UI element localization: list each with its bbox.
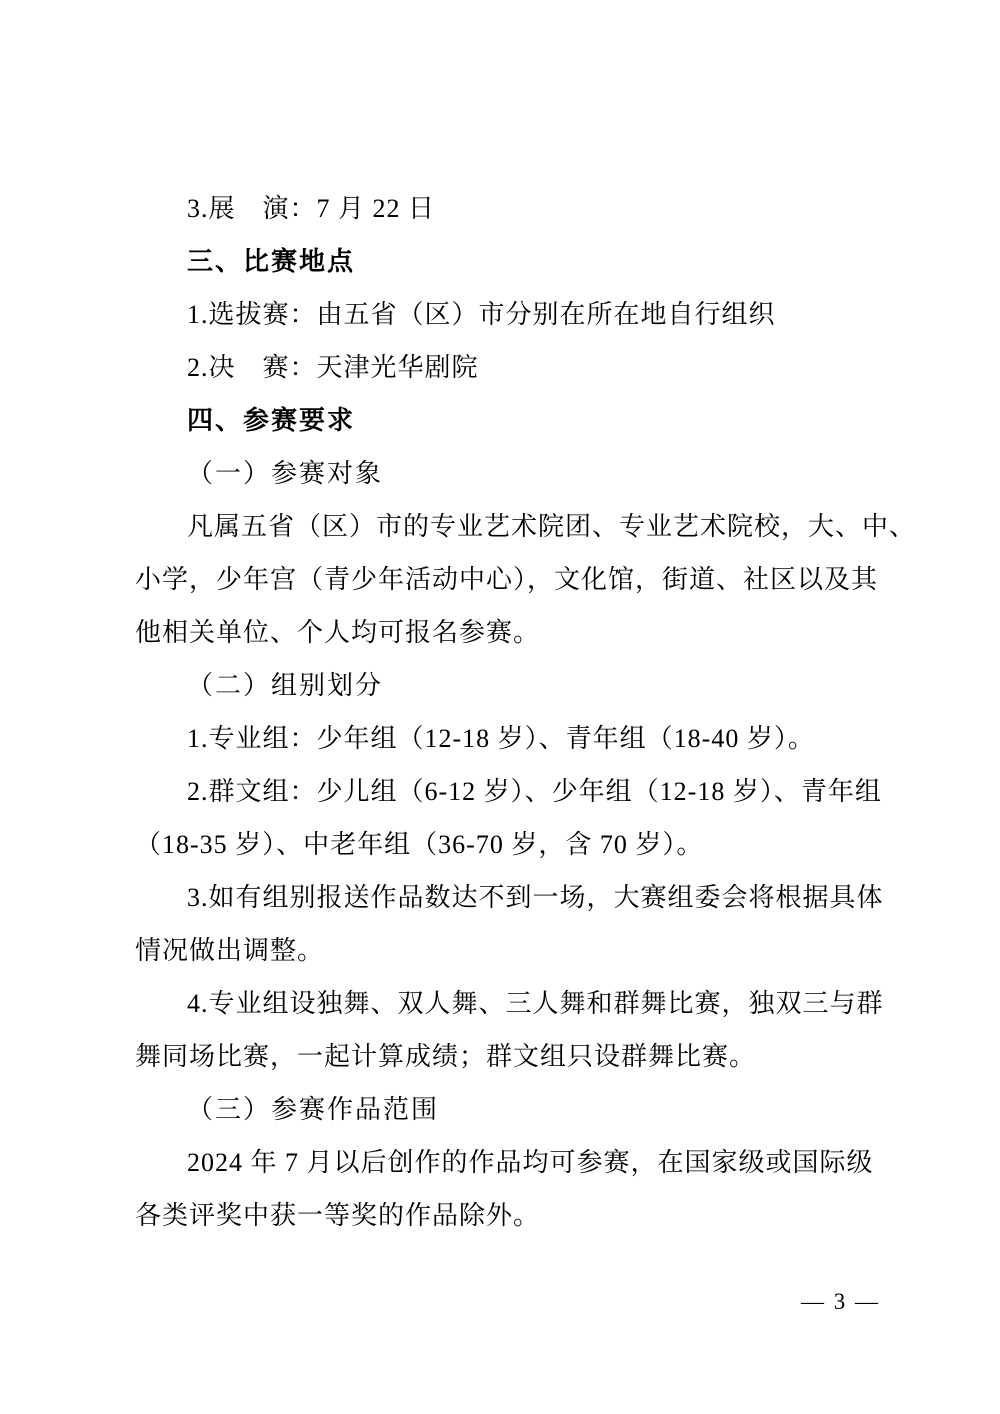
line-adjustment-rule-1: 3.如有组别报送作品数达不到一场，大赛组委会将根据具体 [135,871,882,924]
subheading-group-division: （二）组别划分 [135,659,882,712]
subheading-work-scope: （三）参赛作品范围 [135,1083,882,1136]
line-dance-categories-1: 4.专业组设独舞、双人舞、三人舞和群舞比赛，独双三与群 [135,977,882,1030]
paragraph-work-scope-line-1: 2024 年 7 月以后创作的作品均可参赛，在国家级或国际级 [135,1136,882,1189]
line-exhibition-date: 3.展 演：7 月 22 日 [135,182,882,235]
paragraph-participants-line-1: 凡属五省（区）市的专业艺术院团、专业艺术院校，大、中、 [135,500,882,553]
line-dance-categories-2: 舞同场比赛，一起计算成绩；群文组只设群舞比赛。 [135,1030,882,1083]
document-page: 3.展 演：7 月 22 日 三、比赛地点 1.选拔赛：由五省（区）市分别在所在… [0,0,1000,1414]
paragraph-work-scope-line-2: 各类评奖中获一等奖的作品除外。 [135,1189,882,1242]
document-body: 3.展 演：7 月 22 日 三、比赛地点 1.选拔赛：由五省（区）市分别在所在… [135,182,882,1242]
line-mass-group-1: 2.群文组：少儿组（6-12 岁）、少年组（12-18 岁）、青年组 [135,765,882,818]
heading-entry-requirements: 四、参赛要求 [135,394,882,447]
subheading-participants: （一）参赛对象 [135,447,882,500]
paragraph-participants-line-3: 他相关单位、个人均可报名参赛。 [135,606,882,659]
line-mass-group-2: （18-35 岁）、中老年组（36-70 岁，含 70 岁）。 [135,818,882,871]
line-professional-group: 1.专业组：少年组（12-18 岁）、青年组（18-40 岁）。 [135,712,882,765]
page-number: — 3 — [135,1284,880,1320]
line-selection-round-venue: 1.选拔赛：由五省（区）市分别在所在地自行组织 [135,288,882,341]
line-final-round-venue: 2.决 赛：天津光华剧院 [135,341,882,394]
paragraph-participants-line-2: 小学，少年宫（青少年活动中心），文化馆，街道、社区以及其 [135,553,882,606]
line-adjustment-rule-2: 情况做出调整。 [135,924,882,977]
heading-competition-venue: 三、比赛地点 [135,235,882,288]
